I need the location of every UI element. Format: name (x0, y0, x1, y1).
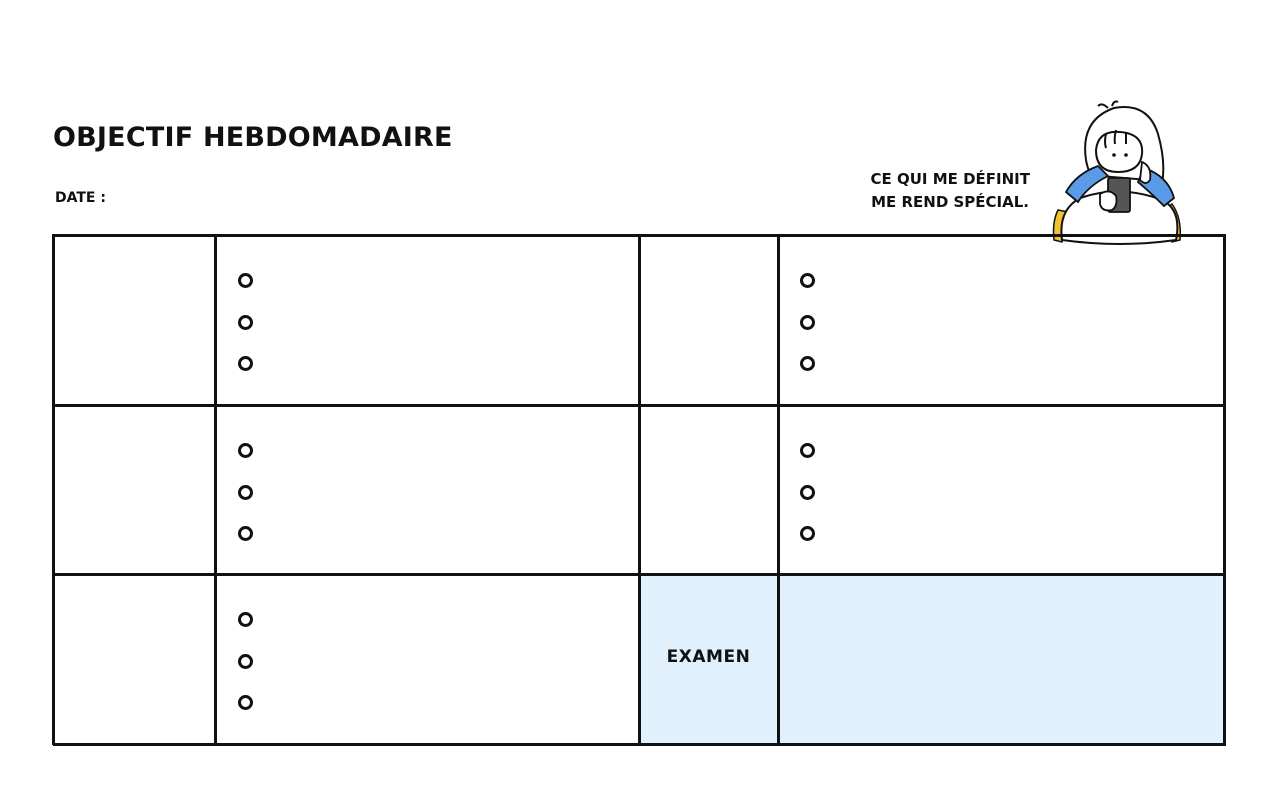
bullet-circle-icon (800, 443, 815, 458)
bullet-circle-icon (800, 356, 815, 371)
label-cell[interactable] (639, 405, 778, 574)
exam-label: EXAMEN (639, 647, 778, 667)
exam-notes-cell[interactable] (778, 574, 1224, 744)
bullet-circle-icon (238, 356, 253, 371)
motto-line-2: ME REND SPÉCIAL. (871, 191, 1030, 214)
bullet-circle-icon (800, 315, 815, 330)
label-cell[interactable] (53, 405, 215, 574)
weekly-goal-table: EXAMEN (53, 235, 1224, 744)
label-cell[interactable] (53, 574, 215, 744)
table-divider (777, 234, 780, 745)
girl-with-phone-icon (1046, 100, 1196, 246)
bullet-circle-icon (800, 485, 815, 500)
goal-cell[interactable] (215, 574, 639, 744)
table-divider (214, 234, 217, 745)
bullet-circle-icon (238, 273, 253, 288)
bullet-circle-icon (800, 526, 815, 541)
bullet-circle-icon (238, 695, 253, 710)
motto-quote: CE QUI ME DÉFINIT ME REND SPÉCIAL. (871, 168, 1031, 214)
label-cell[interactable] (639, 235, 778, 405)
goal-cell[interactable] (778, 405, 1224, 574)
bullet-circle-icon (238, 526, 253, 541)
bullet-circle-icon (238, 315, 253, 330)
bullet-circle-icon (238, 485, 253, 500)
bullet-circle-icon (238, 654, 253, 669)
page-title: OBJECTIF HEBDOMADAIRE (53, 116, 453, 159)
bullet-circle-icon (800, 273, 815, 288)
table-divider (1223, 234, 1226, 745)
goal-cell[interactable] (215, 235, 639, 405)
goal-cell[interactable] (778, 235, 1224, 405)
bullet-circle-icon (238, 612, 253, 627)
label-cell[interactable] (53, 235, 215, 405)
goal-cell[interactable] (215, 405, 639, 574)
date-label: DATE : (55, 190, 106, 206)
table-divider (52, 234, 55, 745)
bullet-circle-icon (238, 443, 253, 458)
motto-line-1: CE QUI ME DÉFINIT (871, 168, 1031, 191)
table-divider (638, 234, 641, 745)
